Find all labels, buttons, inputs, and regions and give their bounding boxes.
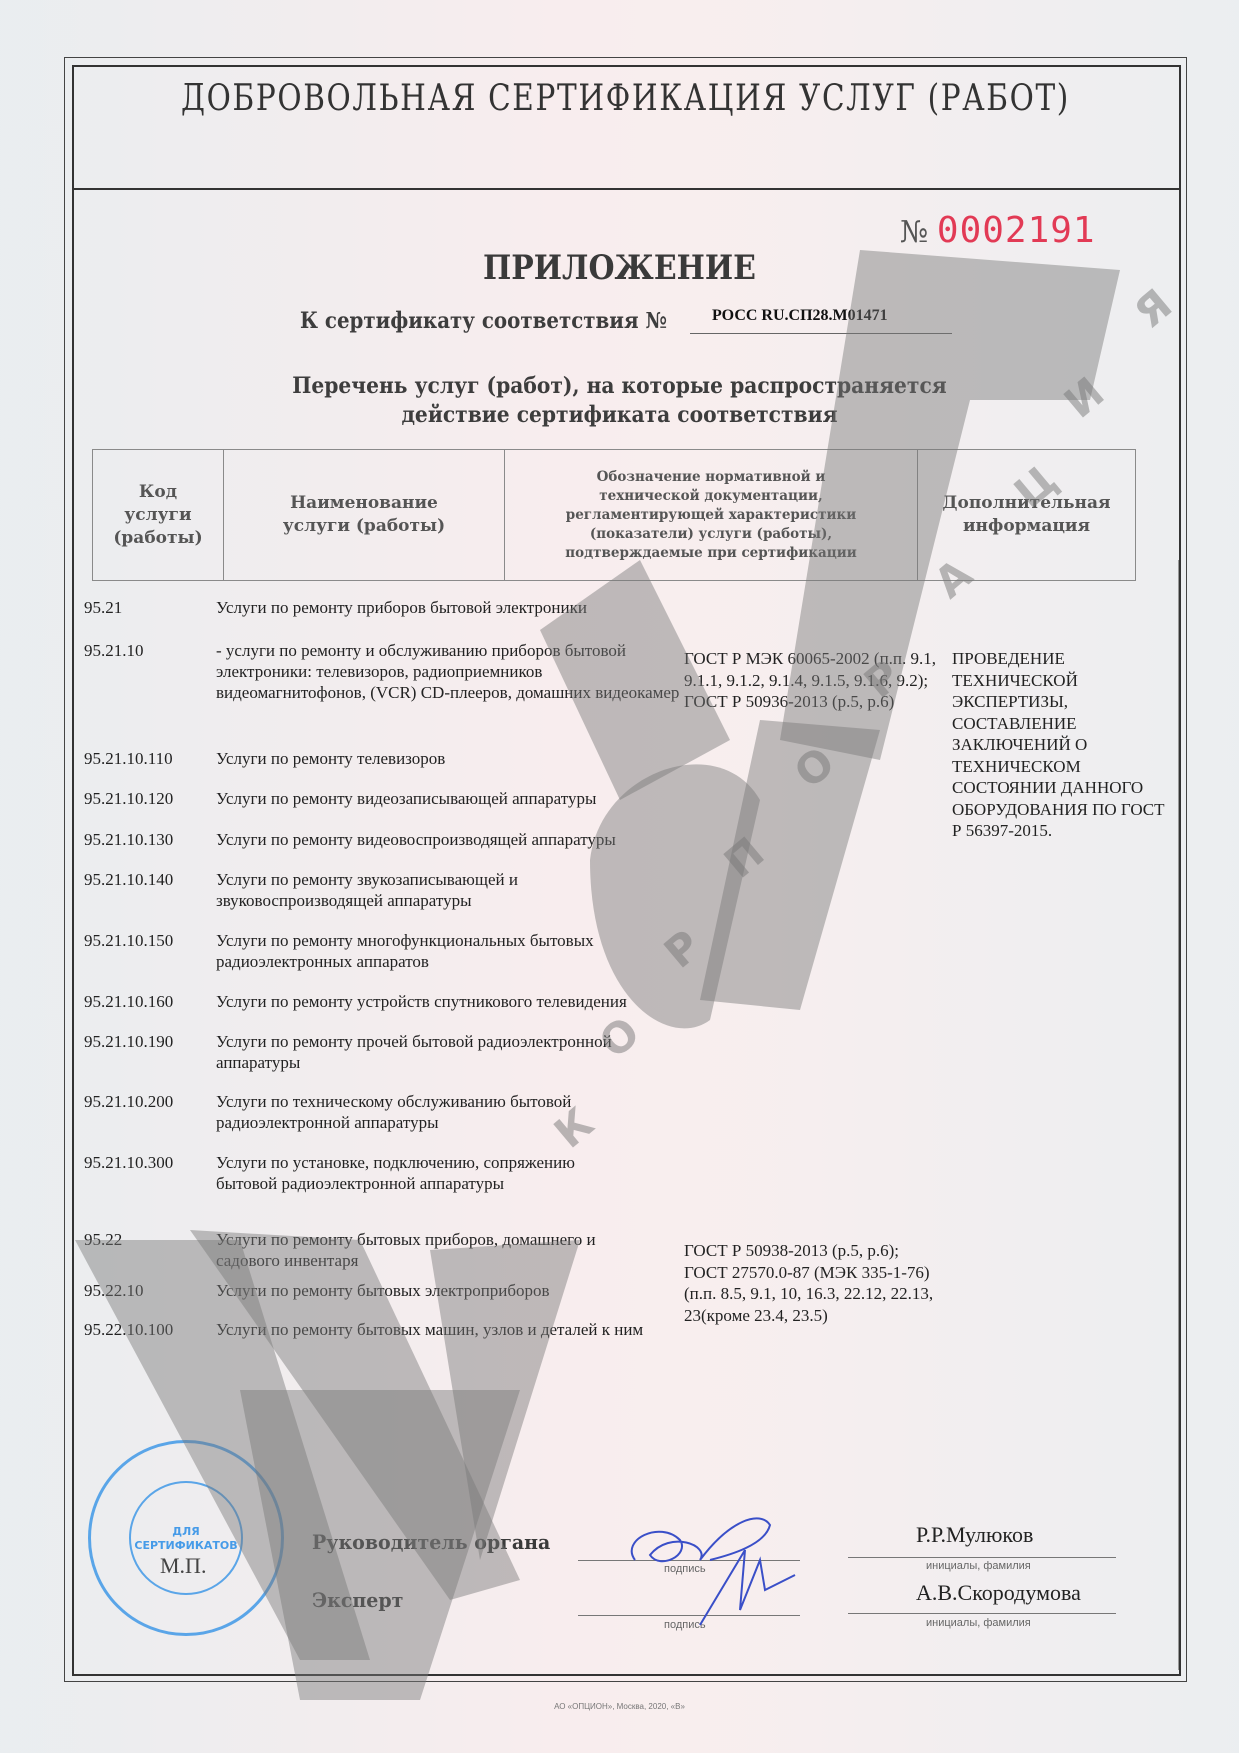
header-line: Дополнительная [919,492,1134,515]
stamp-place-label: М.П. [160,1553,206,1579]
service-code: 95.21.10.130 [84,829,214,850]
header-line: (работы) [94,527,222,550]
handwritten-signatures [620,1500,820,1630]
expert-label: Эксперт [312,1588,403,1612]
header-separator [72,188,1179,190]
header-line: информация [919,515,1134,538]
header-line: Обозначение нормативной и [506,468,916,487]
appendix-title: ПРИЛОЖЕНИЕ [74,248,1164,288]
gost-block-2: ГОСТ Р 50938-2013 (р.5, р.6); ГОСТ 27570… [684,1240,939,1326]
service-name: Услуги по установке, подключению, сопряж… [216,1152,636,1194]
stamp-text: ДЛЯ СЕРТИФИКАТОВ [91,1525,281,1553]
service-name: Услуги по ремонту видеозаписывающей аппа… [216,788,686,809]
header-line: услуги (работы) [225,515,503,538]
head-name: Р.Р.Мулюков [916,1522,1033,1548]
header-line: Код [94,481,222,504]
header-line: регламентирующей характеристики [506,506,916,525]
service-code: 95.21.10.110 [84,748,214,769]
service-name: Услуги по ремонту звукозаписывающей и зв… [216,869,566,911]
service-code: 95.21 [84,597,214,618]
service-code: 95.21.10.160 [84,991,214,1012]
service-name: Услуги по техническому обслуживанию быто… [216,1091,636,1133]
header-name: Наименованиеуслуги (работы) [224,450,505,581]
service-name: Услуги по ремонту устройств спутникового… [216,991,686,1012]
list-title: Перечень услуг (работ), на которые распр… [50,372,1190,430]
service-code: 95.21.10.300 [84,1152,214,1173]
list-title-line2: действие сертификата соответствия [50,401,1190,430]
expert-name-caption: инициалы, фамилия [926,1617,1031,1629]
number-sign: № [900,215,928,250]
cert-number: РОСС RU.СП28.М01471 [690,307,952,334]
header-line: подтверждаемые при сертификации [506,544,916,563]
service-name: Услуги по ремонту видеовоспроизводящей а… [216,829,686,850]
head-name-line [848,1557,1116,1558]
service-name: Услуги по ремонту бытовых электроприборо… [216,1280,686,1301]
official-stamp: ДЛЯ СЕРТИФИКАТОВ [88,1440,284,1636]
expert-name-line [848,1613,1116,1614]
main-title: ДОБРОВОЛЬНАЯ СЕРТИФИКАЦИЯ УСЛУГ (РАБОТ) [172,78,1080,119]
service-name: - услуги по ремонту и обслуживанию прибо… [216,640,686,703]
service-code: 95.22.10 [84,1280,214,1301]
service-code: 95.21.10.200 [84,1091,214,1112]
serial-number-line: № 0002191 [900,210,1096,251]
header-code: Кодуслуги(работы) [93,450,224,581]
service-name: Услуги по ремонту многофункциональных бы… [216,930,636,972]
header-line: технической документации, [506,487,916,506]
header-line: (показатели) услуги (работы), [506,525,916,544]
printer-footer: АО «ОПЦИОН», Москва, 2020, «В» [0,1702,1239,1711]
head-label: Руководитель органа [312,1530,550,1554]
service-code: 95.21.10.190 [84,1031,214,1052]
additional-info: ПРОВЕДЕНИЕ ТЕХНИЧЕСКОЙ ЭКСПЕРТИЗЫ, СОСТА… [952,648,1172,842]
service-code: 95.21.10.120 [84,788,214,809]
service-name: Услуги по ремонту прочей бытовой радиоэл… [216,1031,686,1073]
list-title-line1: Перечень услуг (работ), на которые распр… [50,372,1190,401]
header-line: услуги [94,504,222,527]
right-border-line [1178,560,1179,1670]
service-code: 95.22 [84,1229,214,1250]
table-header: Кодуслуги(работы) Наименованиеуслуги (ра… [92,449,1136,581]
head-name-caption: инициалы, фамилия [926,1560,1031,1572]
cert-line-label: К сертификату соответствия № [300,308,667,334]
gost-block-1: ГОСТ Р МЭК 60065-2002 (п.п. 9.1, 9.1.1, … [684,648,939,713]
service-code: 95.21.10.140 [84,869,214,890]
header-additional-info: Дополнительнаяинформация [918,450,1136,581]
service-code: 95.22.10.100 [84,1319,214,1340]
service-name: Услуги по ремонту телевизоров [216,748,686,769]
header-line: Наименование [225,492,503,515]
service-name: Услуги по ремонту бытовых машин, узлов и… [216,1319,646,1340]
header-normative-docs: Обозначение нормативной итехнической док… [505,450,918,581]
service-code: 95.21.10 [84,640,214,661]
service-code: 95.21.10.150 [84,930,214,951]
service-name: Услуги по ремонту приборов бытовой элект… [216,597,686,618]
serial-number: 0002191 [937,210,1096,251]
service-name: Услуги по ремонту бытовых приборов, дома… [216,1229,646,1271]
expert-name: А.В.Скородумова [916,1580,1081,1606]
